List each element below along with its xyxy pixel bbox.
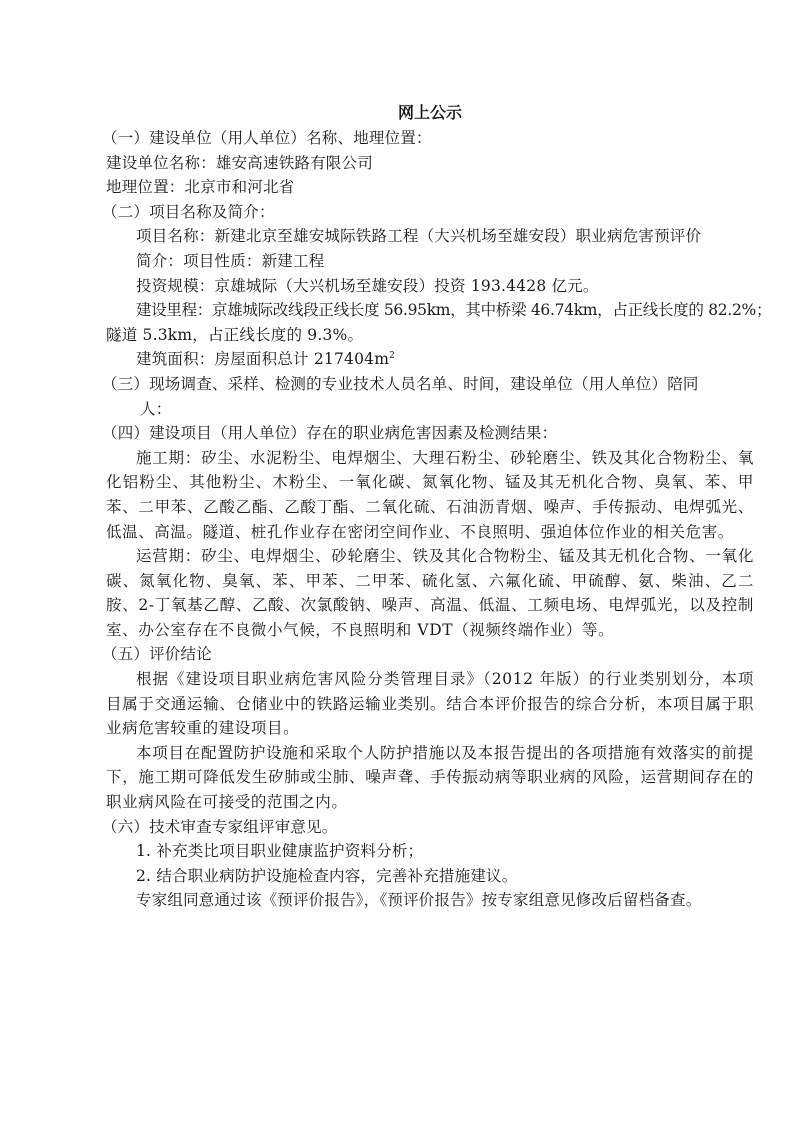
mileage-line-2: 隧道 5.3km，占正线长度的 9.3%。: [106, 323, 754, 348]
page-title: 网上公示: [106, 100, 754, 126]
project-name: 项目名称：新建北京至雄安城际铁路工程（大兴机场至雄安段）职业病危害预评价: [106, 224, 754, 249]
building-area: 建筑面积：房屋面积总计 217404m2: [106, 347, 754, 372]
area-unit-superscript: 2: [389, 351, 395, 361]
section-2-heading: （二）项目名称及简介：: [102, 200, 754, 225]
expert-conclusion: 专家组同意通过该《预评价报告》，《预评价报告》按专家组意见修改后留档备查。: [106, 888, 754, 913]
section-1-heading: （一）建设单位（用人单位）名称、地理位置：: [102, 126, 754, 151]
project-nature: 简介：项目性质：新建工程: [106, 249, 754, 274]
expert-opinion-item-1: 1. 补充类比项目职业健康监护资料分析；: [106, 839, 754, 864]
conclusion-paragraph-1: 根据《建设项目职业病危害风险分类管理目录》（2012 年版）的行业类别划分，本项…: [106, 667, 754, 741]
section-3-heading: （三）现场调查、采样、检测的专业技术人员名单、时间，建设单位（用人单位）陪同: [102, 372, 754, 397]
document-page: 网上公示 （一）建设单位（用人单位）名称、地理位置： 建设单位名称：雄安高速铁路…: [106, 100, 754, 913]
unit-name: 建设单位名称：雄安高速铁路有限公司: [106, 151, 754, 176]
operation-period-hazards: 运营期：矽尘、电焊烟尘、砂轮磨尘、铁及其化合物粉尘、锰及其无机化合物、一氧化碳、…: [106, 544, 754, 642]
conclusion-paragraph-2: 本项目在配置防护设施和采取个人防护措施以及本报告提出的各项措施有效落实的前提下，…: [106, 741, 754, 815]
section-3-heading-cont: 人：: [106, 397, 754, 422]
location: 地理位置：北京市和河北省: [106, 175, 754, 200]
construction-period-hazards: 施工期：矽尘、水泥粉尘、电焊烟尘、大理石粉尘、砂轮磨尘、铁及其化合物粉尘、氧化铝…: [106, 446, 754, 544]
building-area-text: 建筑面积：房屋面积总计 217404m: [136, 350, 389, 368]
section-4-heading: （四）建设项目（用人单位）存在的职业病危害因素及检测结果：: [102, 421, 754, 446]
investment-scale: 投资规模：京雄城际（大兴机场至雄安段）投资 193.4428 亿元。: [106, 274, 754, 299]
mileage-line-1: 建设里程：京雄城际改线段正线长度 56.95km，其中桥梁 46.74km，占正…: [106, 298, 754, 323]
expert-opinion-item-2: 2. 结合职业病防护设施检查内容，完善补充措施建议。: [106, 864, 754, 889]
section-6-heading: （六）技术审查专家组评审意见。: [102, 815, 754, 840]
section-5-heading: （五）评价结论: [102, 642, 754, 667]
